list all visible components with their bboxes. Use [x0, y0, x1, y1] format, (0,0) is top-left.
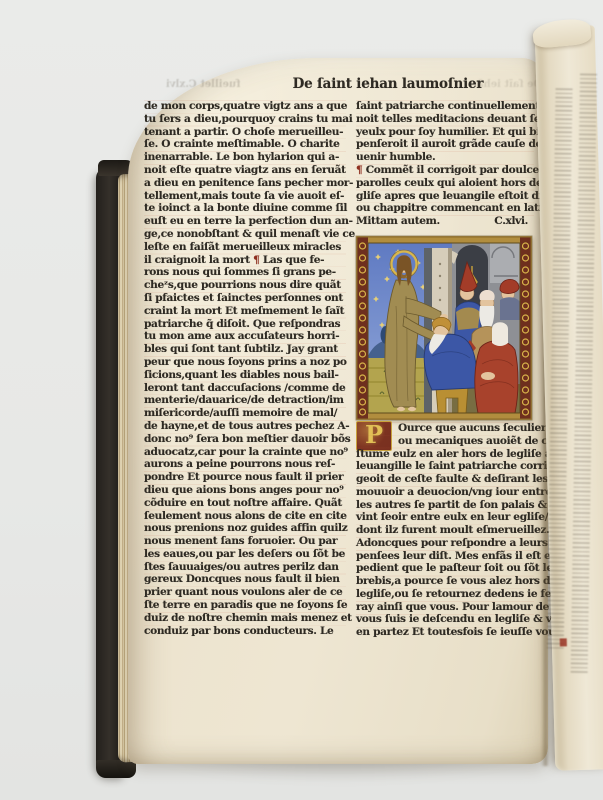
text-line: dieu que aions bons anges pour no⁹	[144, 484, 346, 497]
text-lines: ſaint patriarche continuellement a-noit …	[356, 100, 534, 215]
text-line: il craignoit la mort ¶ Las que fe-	[144, 254, 346, 267]
text-line: vint ſeoir entre eulx en leur egliſe/	[356, 511, 534, 524]
text-line: nous menent ſans foruoier. Ou par	[144, 535, 346, 548]
miniature-saint-preaching	[356, 236, 532, 420]
text-line: gereux Doncques nous fault il bien	[144, 573, 346, 586]
text-line: inenarrable. Le bon hylarion qui a-	[144, 151, 346, 164]
text-line: aurons a peine pourrons nous reſ-	[144, 458, 346, 471]
text-line: legliſe,ou ſe retournez dedens ie fe-	[356, 588, 534, 601]
show-through-text: fueillet C.xlvi	[166, 79, 240, 90]
text-line: duiz de noſtre chemin mais menez et	[144, 612, 346, 625]
text-line: penſeroit il auroit grãde cauſe de de	[356, 138, 534, 151]
text-line: prier quant nous voulons aler de ce	[144, 586, 346, 599]
text-line: a dieu en penitence ſans pecher mor-	[144, 177, 346, 190]
text-line: ray ainſi que vous. Pour lamour de	[356, 601, 534, 614]
text-line: rons nous qui ſommes ſi grans pe-	[144, 266, 346, 279]
text-line: vous ſuis ie deſcendu en legliſe & vo⁹	[356, 613, 534, 626]
text-line: conduiz par bons conducteurs. Le	[144, 625, 346, 638]
text-line: tu mon ame aux accuſateurs horri-	[144, 330, 346, 343]
book-photograph: De ſaint iehan laumoſnier fueillet C.xlv…	[0, 0, 603, 800]
text-line: ou chappitre commencant en latin.	[356, 202, 534, 215]
text-line: noit telles meditacions deuant ſes	[356, 113, 534, 126]
pilcrow-mark: ¶	[253, 254, 259, 266]
text-line: craint la mort Et meſmement le ſaĩt	[144, 305, 346, 318]
text-line: ſtes ſauuaiges/ou autres perilz dan	[144, 561, 346, 574]
incipit-label: Mittam autem.	[356, 215, 440, 228]
left-page: De ſaint iehan laumoſnier fueillet C.xlv…	[128, 58, 548, 764]
text-line: leront tant daccuſacions /comme de	[144, 382, 346, 395]
text-line: ſeulement nous alons de cite en cite	[144, 510, 346, 523]
rubric-mark	[560, 638, 567, 646]
text-line: pedient que le paſteur ſoit ou ſõt les	[356, 562, 534, 575]
text-line: te ioinct a la bonte diuine comme ſil	[144, 202, 346, 215]
show-through-text: De ſaĩt iehã	[477, 79, 542, 90]
text-line: gliſe apres que leuangile eſtoit dicte	[356, 190, 534, 203]
text-line: de hayne,et de tous autres pechez A-	[144, 420, 346, 433]
text-line: noit eſte quatre viagtz ans en ſeruãt	[144, 164, 346, 177]
text-line: yeulx pour ſoy humilier. Et qui bien	[356, 126, 534, 139]
text-line: ſte terre en paradis que ne ſoyons ſe	[144, 599, 346, 612]
text-line: Ource que aucuns ſeculiers	[356, 422, 534, 435]
text-line: ſi pfaictes et ſainctes perſonnes ont	[144, 292, 346, 305]
text-line: geoit de ceſte faulte & deſirant les eſ-	[356, 473, 534, 486]
spine-tailcap	[96, 760, 136, 778]
text-line: cõduire en tout noſtre affaire. Quãt	[144, 497, 346, 510]
text-line: leuangille le ſaint patriarche corri-	[356, 460, 534, 473]
text-line: Adoncques pour reſpondre a leurs	[356, 537, 534, 550]
text-line: donc no⁹ ſera bon meſtier dauoir bõs	[144, 433, 346, 446]
text-line: peur que nous ſoyons prins a noz po	[144, 356, 346, 369]
text-line: les autres ſe partit de ſon palais & ſe	[356, 499, 534, 512]
text-line: de mon corps,quatre vigtz ans a que	[144, 100, 346, 113]
facing-page-top-edge	[532, 17, 592, 49]
text-line: menterie/dauarice/de detraction/im	[144, 394, 346, 407]
text-line: ou mecaniques auoiẽt de cou	[356, 435, 534, 448]
text-line: pondre Et pource nous fault il prier	[144, 471, 346, 484]
text-line: dont ilz furent moult eſmerueillez.	[356, 524, 534, 537]
text-line: ge,ce nonobſtant & quil menaſt vie ce	[144, 228, 346, 241]
text-column-left: de mon corps,quatre vigtz ans a quetu ſe…	[144, 100, 346, 637]
text-line: patriarche q̃ diſoit. Que reſpondras	[144, 318, 346, 331]
chapter-reference-line: Mittam autem. C.xlvi.	[356, 215, 534, 228]
text-column-right-top: ſaint patriarche continuellement a-noit …	[356, 100, 534, 228]
text-line: parolles ceulx qui aloient hors de le-	[356, 177, 534, 190]
text-line: miſericorde/auſſi memoire de mal/	[144, 407, 346, 420]
text-line: euſt eu en terre la perfection dun an-	[144, 215, 346, 228]
blurred-text-column	[547, 88, 573, 648]
text-column-right-bottom: Ource que aucuns ſeculiersou mecaniques …	[356, 422, 534, 639]
text-line: tu ſers a dieu,pourquoy crains tu mai	[144, 113, 346, 126]
text-line: leſte en faiſãt merueilleux miracles	[144, 241, 346, 254]
text-line: uenir humble.	[356, 151, 534, 164]
text-line: nous prenions noz guides affin quilz	[144, 522, 346, 535]
text-line: brebis,a pource ſe vous alez hors de	[356, 575, 534, 588]
text-line: les eaues,ou par les deſers ou ſõt be	[144, 548, 346, 561]
text-line: cheᶻs,que pourrions nous dire quãt	[144, 279, 346, 292]
text-line: tenant a partir. O choſe merueilleu-	[144, 126, 346, 139]
text-line: tellement,mais toute ſa vie auoit eſ-	[144, 190, 346, 203]
text-line: mouuoir a deuocion/vng iour entre	[356, 486, 534, 499]
chapter-number: C.xlvi.	[494, 215, 528, 228]
text-line: ¶ Commẽt il corrigoit par doulces	[356, 164, 534, 177]
text-line: ſtume eulz en aler hors de legliſe aps	[356, 448, 534, 461]
text-line: bles qui ſont tant ſubtilz. Jay grant	[144, 343, 346, 356]
text-line: ſe. O crainte meſtimable. O charite	[144, 138, 346, 151]
text-line: ſaint patriarche continuellement a-	[356, 100, 534, 113]
blurred-text-column	[571, 74, 597, 674]
miniature-scene	[368, 243, 520, 413]
text-line: aduocatz,car pour la crainte que no⁹	[144, 446, 346, 459]
text-line: ſicions,quant les diables nous bail-	[144, 369, 346, 382]
text-line: en partez Et toutesfois ſe ieuſſe vou	[356, 626, 534, 639]
text-line: penſees leur diſt. Mes enfãs il eſt ex	[356, 550, 534, 563]
pilcrow-mark: ¶	[356, 164, 362, 176]
